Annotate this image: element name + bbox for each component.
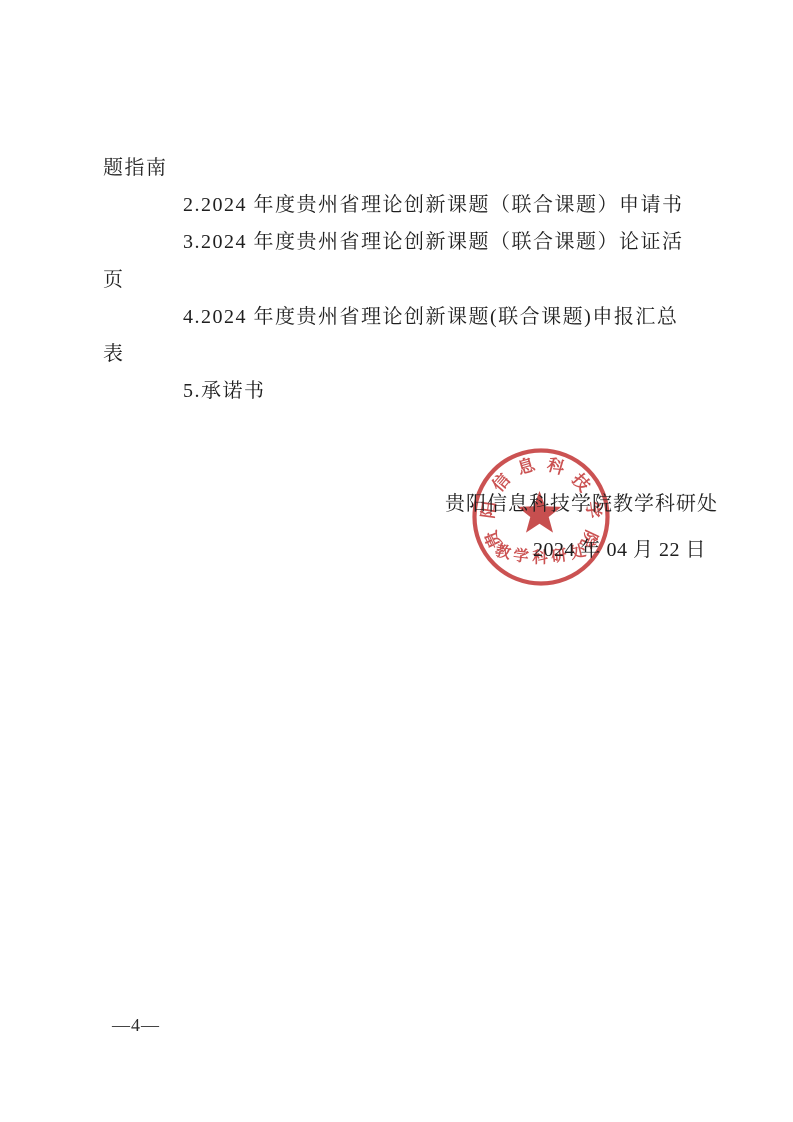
text-line: 3.2024 年度贵州省理论创新课题（联合课题）论证活 bbox=[103, 224, 723, 261]
signature-department: 贵阳信息科技学院教学科研处 bbox=[445, 487, 718, 516]
text-line: 页 bbox=[103, 262, 723, 299]
official-seal: 贵 阳 信 息 科 技 学 院 教 学 科 研 处 bbox=[466, 442, 616, 592]
text-line: 2.2024 年度贵州省理论创新课题（联合课题）申请书 bbox=[103, 187, 723, 224]
seal-arc-char: 息 bbox=[515, 454, 538, 478]
text-line: 题指南 bbox=[103, 150, 723, 187]
signature-date: 2024 年 04 月 22 日 bbox=[533, 533, 706, 562]
text-line: 5.承诺书 bbox=[103, 373, 723, 410]
text-line: 表 bbox=[103, 336, 723, 373]
text-line: 4.2024 年度贵州省理论创新课题(联合课题)申报汇总 bbox=[103, 299, 723, 336]
attachment-list: 题指南 2.2024 年度贵州省理论创新课题（联合课题）申请书 3.2024 年… bbox=[103, 150, 723, 410]
seal-bottom-char: 学 bbox=[512, 545, 530, 566]
seal-arc-char: 科 bbox=[545, 454, 568, 478]
seal-bottom-char: 教 bbox=[493, 541, 513, 562]
page-number: —4— bbox=[112, 1015, 160, 1036]
document-page: 贵 阳 信 息 科 技 学 院 教 学 科 研 处 题指南 2.2024 年度贵… bbox=[0, 0, 793, 1122]
